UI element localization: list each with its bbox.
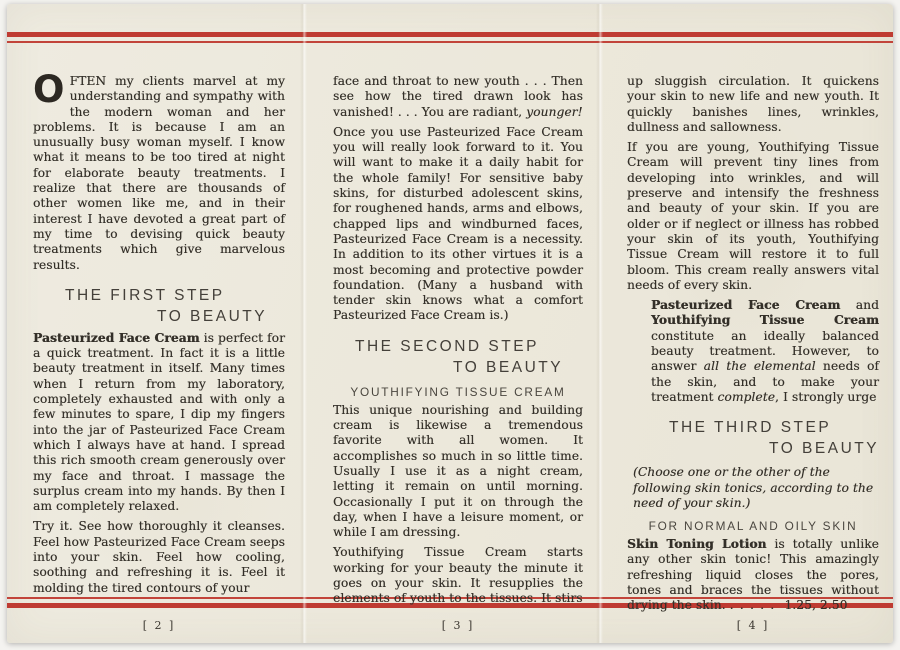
paragraph: Try it. See how thoroughly it cleanses. … (33, 519, 285, 595)
heading-line-2: TO BEAUTY (769, 438, 879, 459)
page-number: [ 4 ] (627, 619, 879, 632)
choose-tonic-note: (Choose one or the other of the followin… (627, 465, 879, 511)
paragraph: If you are young, Youthifying Tissue Cre… (627, 140, 879, 293)
brochure-page: OFTEN my clients marvel at my understand… (7, 4, 893, 643)
heading-line-2: TO BEAUTY (453, 357, 583, 378)
panel-page-2: OFTEN my clients marvel at my understand… (7, 62, 303, 638)
paragraph: Youthifying Tissue Cream starts working … (333, 545, 583, 606)
paragraph: Skin Toning Lotion is totally unlike any… (627, 537, 879, 613)
heading-line-1: THE SECOND STEP (355, 336, 583, 357)
paragraph: This unique nourishing and building crea… (333, 403, 583, 541)
heading-line-1: THE FIRST STEP (65, 285, 285, 306)
paragraph: face and throat to new youth . . . Then … (333, 74, 583, 120)
panel-page-4: up sluggish circulation. It quickens you… (599, 62, 893, 638)
heading-line-2: TO BEAUTY (157, 306, 285, 327)
page-number: [ 2 ] (33, 619, 285, 632)
paragraph-indented: Pasteurized Face Cream and Youthifying T… (627, 298, 879, 405)
paragraph: Pasteurized Face Cream is perfect for a … (33, 331, 285, 515)
drop-cap-o: O (33, 75, 65, 105)
heading-line-1: THE THIRD STEP (669, 417, 879, 438)
subheading-youthifying-tissue-cream: YOUTHIFYING TISSUE CREAM (333, 385, 583, 399)
brochure-columns: OFTEN my clients marvel at my understand… (7, 62, 893, 596)
paragraph: up sluggish circulation. It quickens you… (627, 74, 879, 135)
heading-first-step: THE FIRST STEP TO BEAUTY (33, 285, 285, 327)
top-rule-thick (7, 32, 893, 37)
paragraph: Once you use Pasteurized Face Cream you … (333, 125, 583, 324)
top-rule-thin (7, 41, 893, 43)
heading-second-step: THE SECOND STEP TO BEAUTY (333, 336, 583, 378)
heading-third-step: THE THIRD STEP TO BEAUTY (627, 417, 879, 459)
intro-paragraph: OFTEN my clients marvel at my understand… (33, 74, 285, 273)
subheading-for-normal-and-oily-skin: FOR NORMAL AND OILY SKIN (627, 519, 879, 533)
intro-text: FTEN my clients marvel at my understandi… (33, 74, 285, 272)
panel-page-3: face and throat to new youth . . . Then … (303, 62, 599, 638)
page-number: [ 3 ] (333, 619, 583, 632)
